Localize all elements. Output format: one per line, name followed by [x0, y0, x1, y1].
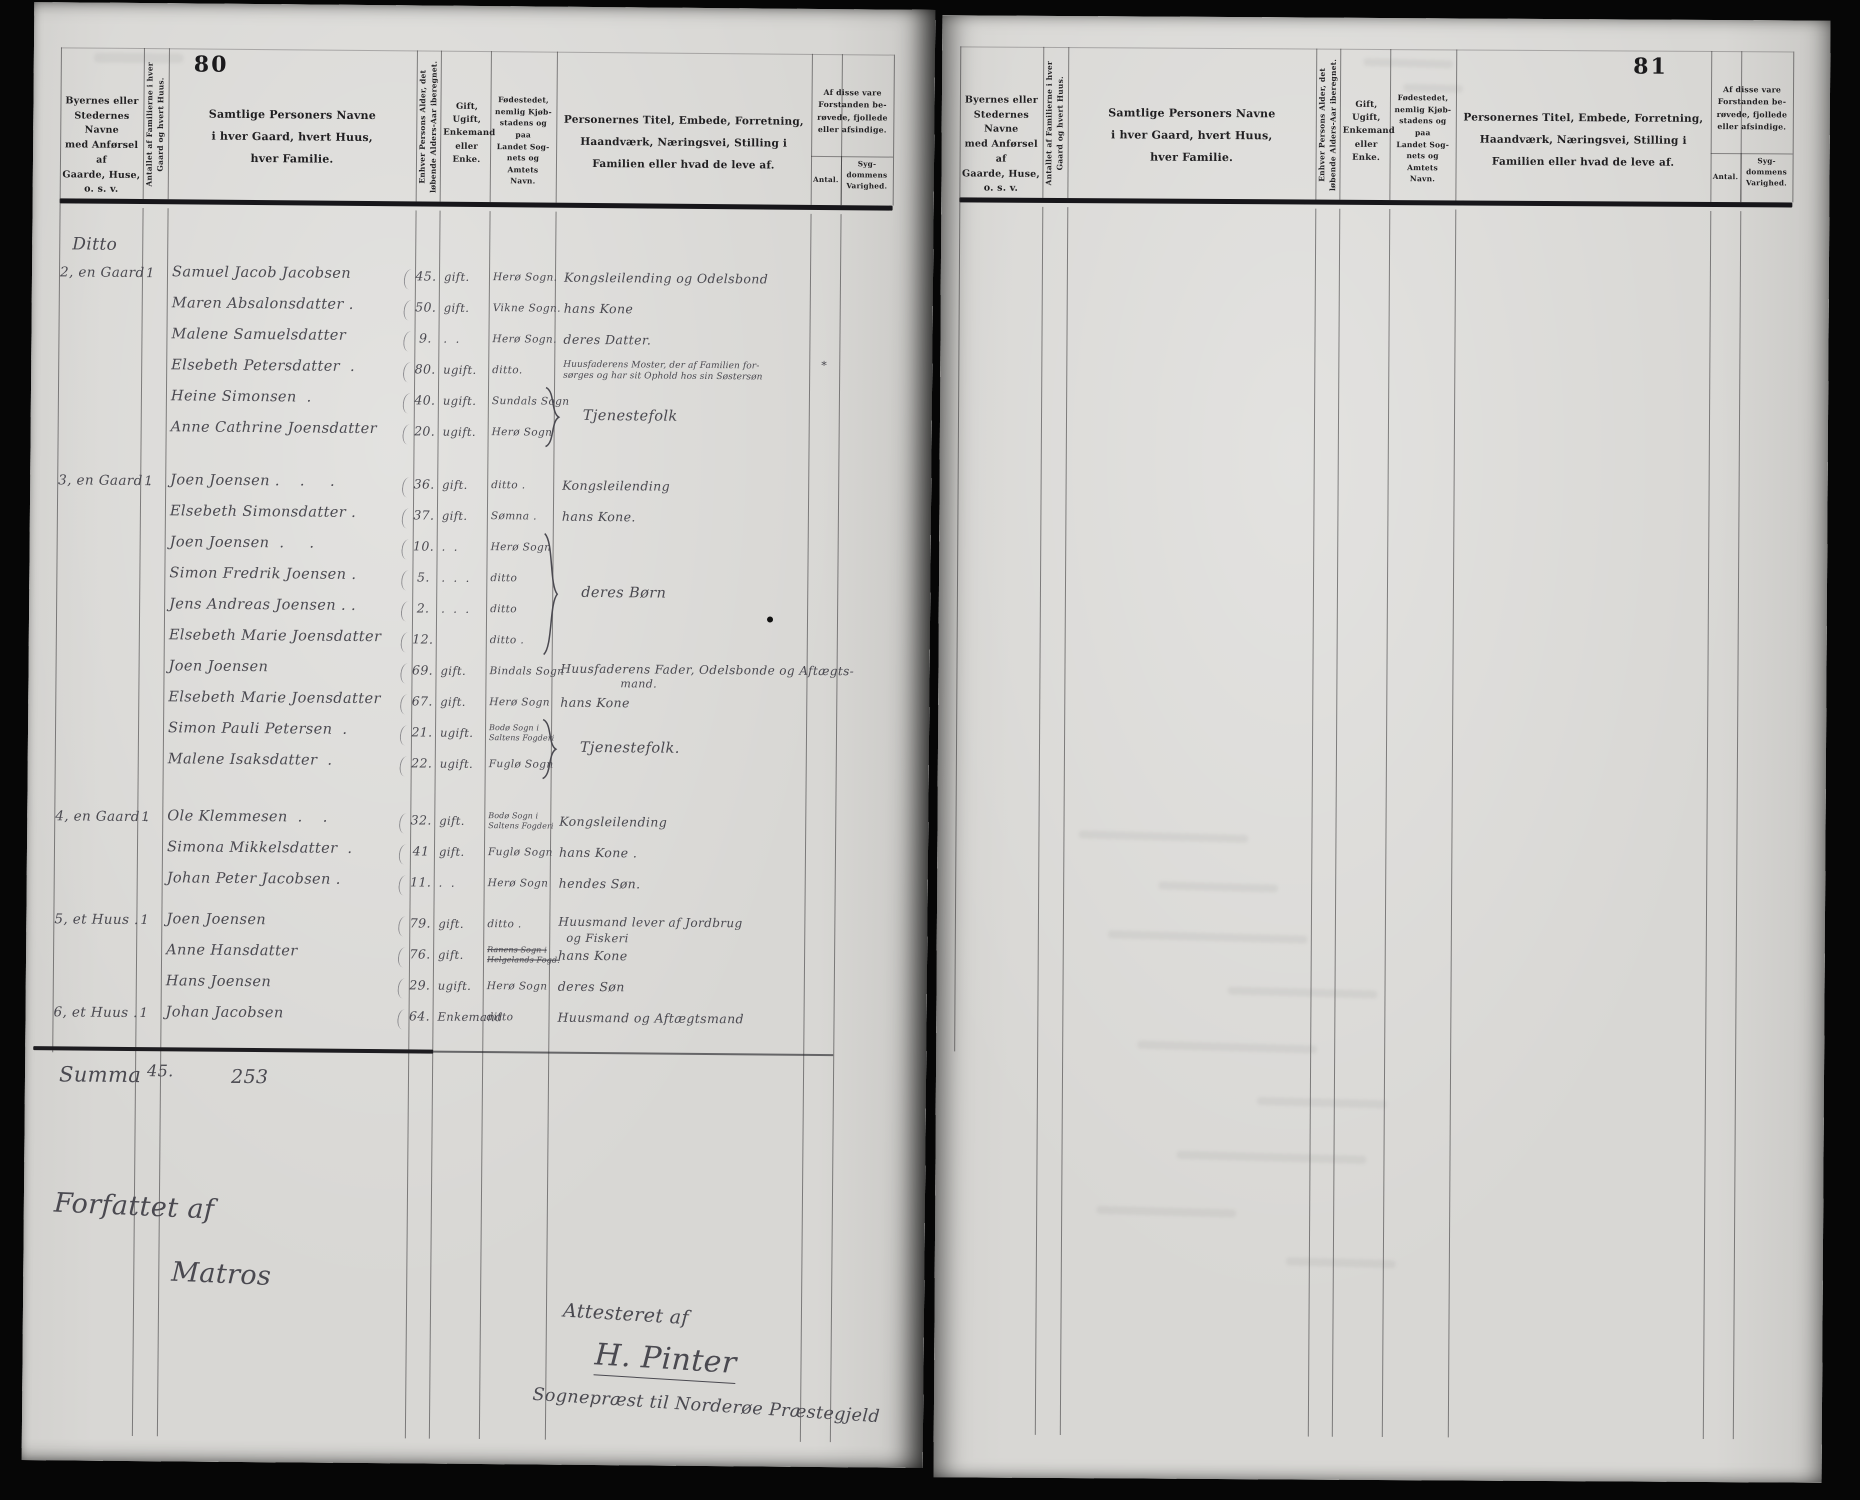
bleed-through-line [1096, 1206, 1236, 1218]
group-label: 4, en Gaard . [55, 808, 149, 825]
table-right-edge [1792, 51, 1794, 202]
birthplace: Bodø Sogn i [488, 811, 538, 820]
column-rule [1060, 207, 1069, 1435]
marital-status: . . . [441, 602, 470, 616]
header-birthplace-column: Fødestedet, nemlig Kjøb- stadens og paa … [492, 94, 555, 188]
footer-compiled-by: Forfattet af [53, 1188, 215, 1226]
occupation: mand. [620, 677, 657, 690]
header-insane-count: Antal. [1710, 171, 1740, 182]
header-status-column: Gift, Ugift, Enkemand eller Enke. [443, 101, 491, 167]
person-name: Joen Joensen . . . [170, 472, 335, 489]
header-place-column: Byernes eller Stedernes Navne med Anførs… [959, 93, 1043, 197]
bleed-through-line [1257, 1097, 1387, 1109]
person-age: 50. [413, 299, 439, 314]
marital-status: ugift. [443, 394, 477, 408]
summa-total: 253 [231, 1066, 269, 1088]
occupation: Huusfaderens Moster, der af Familien for… [563, 360, 759, 372]
bleed-through-line [1363, 58, 1453, 68]
person-name: Elsebeth Marie Joensdatter [169, 627, 382, 645]
marital-status: gift. [439, 845, 465, 859]
bleed-through-line [1286, 1257, 1396, 1268]
occupation: deres Datter. [563, 332, 651, 348]
group-label: 2, en Gaard [60, 264, 145, 281]
header-bottom-bar [60, 198, 893, 210]
left-page-content: 80 Byernes eller Stedernes Navne med Anf… [22, 2, 936, 1468]
header-birthplace-column: Fødestedet, nemlig Kjøb- stadens og paa … [1391, 92, 1454, 185]
birthplace: Herø Sogn. [493, 271, 557, 284]
bleed-through-line [1227, 986, 1377, 998]
summa-label: Summa [59, 1062, 141, 1087]
person-name: Malene Samuelsdatter [171, 326, 346, 344]
attestation-label: Attesteret af [562, 1299, 689, 1329]
birthplace: Fuglø Sogn [488, 846, 553, 859]
family-count: 1 [139, 1006, 148, 1021]
group-brace [542, 719, 559, 780]
person-name: Maren Absalonsdatter . [172, 295, 354, 313]
marital-status: gift. [442, 509, 468, 523]
person-name: Elsebeth Simonsdatter . [170, 503, 356, 521]
insane-divider [1740, 153, 1741, 202]
bleed-through-marks [934, 1, 1822, 6]
column-rule [1733, 211, 1742, 1439]
header-status-column: Gift, Ugift, Enkemand eller Enke. [1343, 99, 1390, 165]
person-age: 22. [409, 755, 435, 770]
birthplace: Herø Sogn [491, 541, 552, 554]
bleed-through-line [1158, 881, 1278, 892]
occupation: Huusmand og Aftægtsmand [557, 1010, 744, 1027]
header-insane-duration: Syg- dommens Varighed. [1740, 156, 1792, 189]
person-name: Jens Andreas Joensen . . [169, 596, 356, 614]
birthplace: Bodø Sogn i [489, 723, 539, 732]
person-name: Elsebeth Marie Joensdatter [168, 689, 381, 707]
group-label: 6, et Huus . [53, 1004, 137, 1021]
birthplace: ditto . [487, 918, 521, 930]
birthplace: ditto [486, 1011, 513, 1023]
occupation: hans Kone . [559, 845, 637, 861]
occupation: Huusmand lever af Jordbrug [558, 915, 742, 931]
birthplace: ditto . [490, 634, 524, 646]
attestation-signer-title: Sognepræst til Norderøe Præstegjeld [532, 1385, 881, 1427]
header-place-column: Byernes eller Stedernes Navne med Anførs… [60, 94, 144, 198]
marital-status: ugift. [438, 979, 472, 993]
person-age: 21. [409, 724, 435, 739]
family-count: 1 [144, 474, 153, 489]
birthplace: Saltens Fogderi [488, 821, 553, 831]
person-age: 2. [410, 600, 436, 615]
occupation: hendes Søn. [559, 876, 641, 892]
column-rule [1332, 209, 1341, 1437]
person-age: 9. [412, 330, 438, 345]
person-name: Ole Klemmesen . . [167, 808, 328, 825]
person-age: 20. [412, 423, 438, 438]
marital-status: gift. [442, 478, 468, 492]
summa-families: 45. [147, 1061, 174, 1080]
person-age: 80. [412, 361, 438, 376]
insane-subheader-rule [1711, 153, 1793, 155]
summa-rule-heavy [33, 1046, 433, 1053]
bleed-through-line [1108, 930, 1308, 943]
person-age: 5. [410, 569, 436, 584]
person-name: Anne Hansdatter [166, 942, 298, 959]
person-age: 32. [408, 812, 434, 827]
marital-status: . . . [441, 571, 470, 585]
header-insane-count: Antal. [811, 174, 841, 186]
form-header-right: Byernes eller Stedernes Navne med Anførs… [934, 1, 1822, 6]
insane-divider [841, 156, 842, 205]
marital-status: . . [439, 876, 455, 890]
bleed-through-line [1078, 830, 1248, 843]
person-age: 12. [410, 631, 436, 646]
header-occupation-column: Personernes Titel, Embede, Forretning, H… [558, 109, 810, 177]
marital-status: gift. [440, 695, 466, 709]
occupation: hans Kone. [562, 509, 636, 525]
birthplace: Herø Sogn [488, 877, 549, 890]
header-bottom-bar [959, 197, 1792, 207]
column-rule [1308, 209, 1317, 1437]
header-insane-column: Af disse vare Forstanden be- røvede, fjo… [1712, 84, 1792, 134]
occupation: og Fiskeri [566, 931, 629, 946]
person-name: Johan Peter Jacobsen . [167, 870, 341, 888]
occupation: Huusfaderens Fader, Odelsbonde og Aftægt… [561, 662, 855, 679]
left-page: 80 Byernes eller Stedernes Navne med Anf… [22, 2, 936, 1468]
person-age: 64. [406, 1008, 432, 1023]
person-age: 67. [409, 693, 435, 708]
family-count: 1 [140, 913, 149, 928]
birthplace: Vikne Sogn. [493, 302, 561, 315]
person-age: 45. [413, 268, 439, 283]
person-age: 69. [410, 662, 436, 677]
table-left-edge [52, 47, 62, 1052]
person-name: Anne Cathrine Joensdatter [171, 419, 377, 437]
marital-status: ugift. [443, 425, 477, 439]
family-count: 1 [141, 810, 150, 825]
marital-status: gift. [439, 814, 465, 828]
paper-smudge [94, 53, 184, 64]
group-label: 5, et Huus . [54, 911, 138, 928]
person-name: Simon Fredrik Joensen . [169, 565, 356, 583]
person-age: 36. [411, 476, 437, 491]
birthplace: ditto [490, 572, 517, 584]
table-right-edge [893, 55, 895, 206]
person-name: Joen Joensen [166, 911, 266, 928]
header-top-rule [61, 47, 894, 55]
birthplace: Ranens Sogn i [487, 945, 547, 955]
bleed-through-line [1403, 83, 1463, 93]
right-page-content: 81 Byernes eller Stedernes Navne med Anf… [925, 1, 1822, 1468]
count-mark: * [821, 359, 827, 372]
table-left-edge [954, 46, 961, 1051]
person-age: 37. [411, 507, 437, 522]
occupation: hans Kone [558, 948, 628, 964]
marital-status: gift. [440, 664, 466, 678]
ink-spot [767, 617, 773, 623]
right-page: 81 Byernes eller Stedernes Navne med Anf… [934, 15, 1831, 1482]
column-rule [800, 214, 812, 1442]
marital-status: gift. [444, 270, 470, 284]
column-rule [830, 214, 842, 1442]
column-rule [1448, 209, 1457, 1437]
header-top-rule [960, 46, 1793, 52]
column-rule [1382, 209, 1391, 1437]
birthplace: Herø Sogn. [492, 333, 556, 346]
marital-status: ugift. [443, 363, 477, 377]
table-grid-left [34, 2, 935, 10]
person-name: Heine Simonsen . [171, 388, 312, 405]
person-name: Malene Isaksdatter . [168, 751, 333, 768]
marital-status: . . [442, 540, 458, 554]
person-age: 10. [411, 538, 437, 553]
brace-label: Tjenestefolk. [580, 739, 680, 756]
page-number-right: 81 [1633, 54, 1668, 80]
occupation: hans Kone [564, 301, 634, 317]
brace-label: Tjenestefolk [583, 407, 678, 424]
person-name: Simon Pauli Petersen . [168, 720, 348, 738]
person-name: Joen Joensen . . [170, 534, 315, 551]
family-count: 1 [146, 266, 155, 281]
occupation: hans Kone [560, 695, 630, 711]
person-name: Johan Jacobsen [165, 1004, 283, 1021]
ditto-label: Ditto [72, 234, 117, 254]
person-name: Elsebeth Petersdatter . [171, 357, 355, 375]
bleed-through-line [1137, 1041, 1317, 1054]
person-age: 11. [408, 874, 434, 889]
group-brace [545, 387, 562, 448]
birthplace: Herø Sogn [492, 426, 553, 439]
group-brace [543, 533, 560, 656]
brace-label: deres Børn [581, 584, 666, 601]
form-header-left: Byernes eller Stedernes Navne med Anførs… [34, 2, 935, 10]
person-age: 76. [407, 946, 433, 961]
person-age: 40. [412, 392, 438, 407]
birthplace: Herø Sogn [487, 980, 548, 993]
occupation: Kongsleilending [562, 478, 670, 494]
occupation: sørges og har sit Ophold hos sin Søsters… [563, 371, 763, 383]
header-insane-duration: Syg- dommens Varighed. [841, 159, 893, 192]
page-number-left: 80 [194, 51, 229, 77]
census-entries: Ditto2, en Gaard1Samuel Jacob Jacobsen45… [34, 2, 935, 10]
birthplace: Helgelands Fogd. [487, 955, 560, 965]
marital-status: gift. [444, 301, 470, 315]
person-name: Joen Joensen [169, 658, 269, 675]
birthplace: ditto [490, 603, 517, 615]
occupation: Kongsleilending [559, 814, 667, 830]
birthplace: ditto . [491, 479, 525, 491]
table-grid-right [934, 1, 1822, 6]
header-occupation-column: Personernes Titel, Embede, Forretning, H… [1458, 106, 1709, 174]
insane-subheader-rule [811, 156, 893, 158]
column-rule [1703, 211, 1712, 1439]
birthplace: ditto. [492, 364, 523, 376]
occupation: Kongsleilending og Odelsbond [564, 270, 768, 287]
marital-status: ugift. [440, 757, 474, 771]
person-age: 29. [407, 977, 433, 992]
person-age: 41 [408, 843, 434, 858]
marital-status: gift. [438, 948, 464, 962]
birthplace: Bindals Sogn [490, 665, 565, 678]
bleed-through-line [1176, 1151, 1366, 1164]
birthplace: Sømna . [491, 510, 537, 522]
person-name: Hans Joensen [166, 973, 271, 990]
person-age: 79. [407, 915, 433, 930]
attestation-signature: H. Pinter [594, 1337, 738, 1384]
scanned-census-spread: { "form": { "col_place": "Byernes eller\… [0, 0, 1860, 1500]
marital-status: gift. [438, 917, 464, 931]
person-name: Samuel Jacob Jacobsen [172, 264, 351, 282]
summa-rule-light [433, 1051, 833, 1056]
birthplace: Herø Sogn [489, 696, 550, 709]
group-label: 3, en Gaard . [58, 472, 152, 489]
marital-status: ugift. [440, 726, 474, 740]
column-rule [1035, 207, 1044, 1435]
occupation: deres Søn [558, 979, 625, 995]
person-name: Simona Mikkelsdatter . [167, 839, 353, 857]
marital-status: . . [443, 332, 459, 346]
footer-compiler-title: Matros [171, 1257, 272, 1292]
header-insane-column: Af disse vare Forstanden be- røvede, fjo… [812, 87, 892, 138]
